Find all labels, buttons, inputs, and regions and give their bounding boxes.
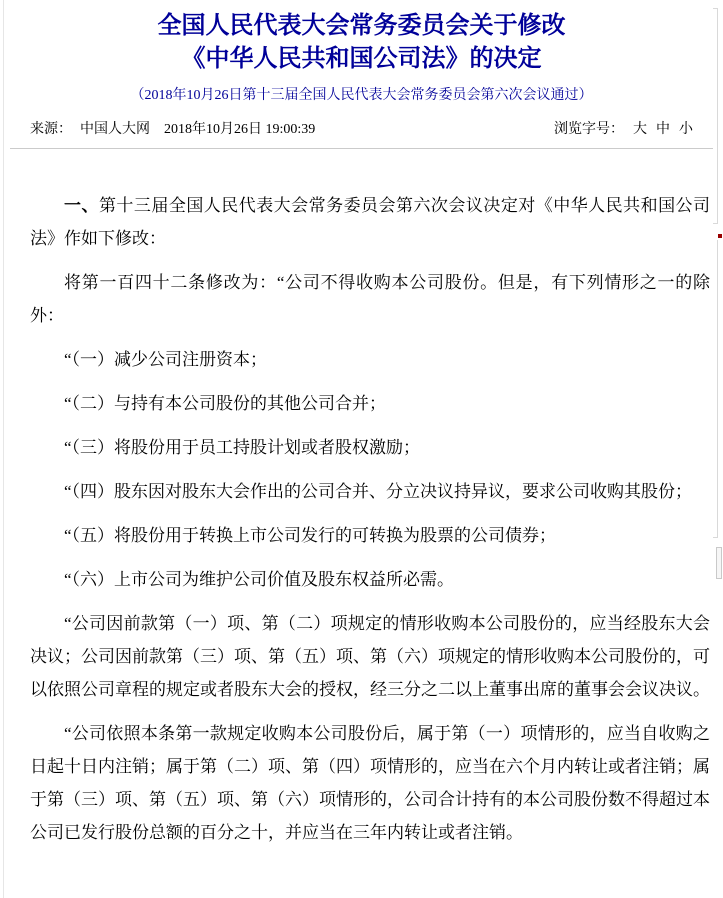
paragraph: “（一）减少公司注册资本； bbox=[30, 343, 710, 376]
scrollbar-red-marker bbox=[718, 234, 722, 238]
font-size-medium-link[interactable]: 中 bbox=[656, 122, 670, 137]
font-size-label: 浏览字号： bbox=[554, 122, 624, 137]
paragraph: 一、第十三届全国人民代表大会常务委员会第六次会议决定对《中华人民共和国公司法》作… bbox=[30, 189, 710, 255]
meta-source: 来源：中国人大网2018年10月26日 19:00:39 bbox=[30, 121, 315, 139]
article-body: 一、第十三届全国人民代表大会常务委员会第六次会议决定对《中华人民共和国公司法》作… bbox=[30, 189, 710, 849]
paragraph: “（三）将股份用于员工持股计划或者股权激励； bbox=[30, 431, 710, 464]
document-header: 全国人民代表大会常务委员会关于修改 《中华人民共和国公司法》的决定 （2018年… bbox=[0, 0, 723, 105]
content-right-border-upper bbox=[717, 8, 718, 223]
font-size-small-link[interactable]: 小 bbox=[679, 122, 693, 137]
paragraph: “（二）与持有本公司股份的其他公司合并； bbox=[30, 387, 710, 420]
source-value: 中国人大网 bbox=[80, 122, 150, 137]
font-size-switcher: 浏览字号：大中小 bbox=[554, 121, 693, 139]
paragraph: 将第一百四十二条修改为：“公司不得收购本公司股份。但是，有下列情形之一的除外： bbox=[30, 266, 710, 332]
paragraph: “（四）股东因对股东大会作出的公司合并、分立决议持异议，要求公司收购其股份； bbox=[30, 475, 710, 508]
paragraph: “（六）上市公司为维护公司价值及股东权益所必需。 bbox=[30, 563, 710, 596]
page-title: 全国人民代表大会常务委员会关于修改 《中华人民共和国公司法》的决定 bbox=[0, 10, 723, 76]
header-divider bbox=[10, 148, 713, 149]
paragraph-lead: 一、 bbox=[64, 196, 99, 215]
page-subtitle: （2018年10月26日第十三届全国人民代表大会常务委员会第六次会议通过） bbox=[0, 86, 723, 105]
page-title-line1: 全国人民代表大会常务委员会关于修改 bbox=[0, 10, 723, 43]
paragraph: “公司因前款第（一）项、第（二）项规定的情形收购本公司股份的，应当经股东大会决议… bbox=[30, 607, 710, 706]
publish-datetime: 2018年10月26日 19:00:39 bbox=[164, 122, 315, 137]
content-right-border-top-tick bbox=[713, 8, 718, 9]
source-label: 来源： bbox=[30, 122, 72, 137]
content-right-border-upper-tick bbox=[713, 223, 718, 224]
scrollbar-thumb[interactable] bbox=[716, 547, 722, 579]
content-right-border-lower bbox=[717, 240, 718, 537]
paragraph: “（五）将股份用于转换上市公司发行的可转换为股票的公司债券； bbox=[30, 519, 710, 552]
paragraph: “公司依照本条第一款规定收购本公司股份后，属于第（一）项情形的，应当自收购之日起… bbox=[30, 717, 710, 849]
meta-bar: 来源：中国人大网2018年10月26日 19:00:39 浏览字号：大中小 bbox=[0, 121, 723, 139]
page-left-border bbox=[3, 0, 4, 898]
font-size-large-link[interactable]: 大 bbox=[633, 122, 647, 137]
content-right-border-lower-tick bbox=[713, 537, 718, 538]
page-title-line2: 《中华人民共和国公司法》的决定 bbox=[0, 43, 723, 76]
